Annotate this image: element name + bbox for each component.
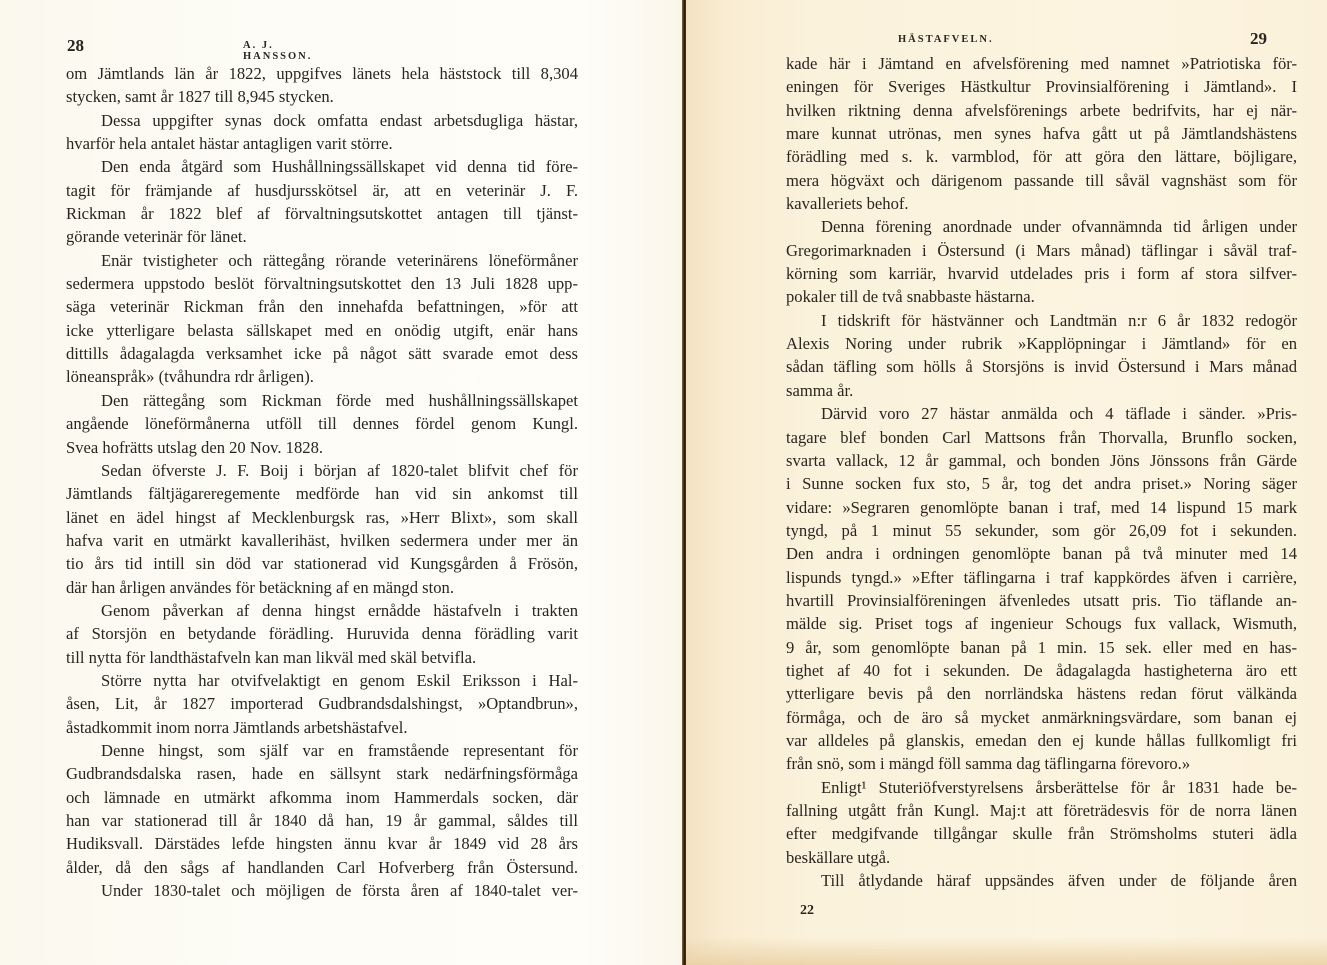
text-line: Den enda åtgärd som Hushållningssällskap… xyxy=(66,155,578,178)
text-line: Enligt¹ Stuteriöfverstyrelsens årsberätt… xyxy=(786,776,1297,799)
text-line: angående löneförmånerna utföll till denn… xyxy=(66,412,578,435)
text-line: icke ytterligare belasta sällskapet med … xyxy=(66,319,578,342)
text-line: från snö, som i mängd föll samma dag täf… xyxy=(786,752,1297,775)
text-line: af Storsjön en betydande förädling. Huru… xyxy=(66,622,578,645)
text-line: sedermera uppstodo beslöt förvaltningsut… xyxy=(66,272,578,295)
text-line: tyngd, på 1 minut 55 sekunder, som gör 2… xyxy=(786,519,1297,542)
text-line: var alldeles på glanskis, emedan den ej … xyxy=(786,729,1297,752)
text-line: tighet af 40 fot i sekunden. De ådagalag… xyxy=(786,659,1297,682)
text-line: ålder, då den sågs af handlanden Carl Ho… xyxy=(66,856,578,879)
text-line: görande veterinär för länet. xyxy=(66,225,578,248)
text-line: länet en ädel hingst af Mecklenburgsk ra… xyxy=(66,506,578,529)
text-line: Dessa uppgifter synas dock omfatta endas… xyxy=(66,109,578,132)
right-page-number: 29 xyxy=(1250,29,1267,49)
text-line: Jämtlands fältjägareregemente medförde h… xyxy=(66,482,578,505)
text-line: mare kunnat utrönas, men synes hafva gåt… xyxy=(786,122,1297,145)
text-line: Genom påverkan af denna hingst ernådde h… xyxy=(66,599,578,622)
text-line: Den andra i ordningen genomlöpte banan p… xyxy=(786,542,1297,565)
text-line: löneanspråk» (tvåhundra rdr årligen). xyxy=(66,365,578,388)
text-line: Den rättegång som Rickman förde med hush… xyxy=(66,389,578,412)
text-line: fallning utgått från Kungl. Maj:t att fö… xyxy=(786,799,1297,822)
text-line: Alexis Noring under rubrik »Kapplöpninga… xyxy=(786,332,1297,355)
right-page: HÄSTAFVELN. 29 kade här i Jämtand en afv… xyxy=(686,0,1327,965)
text-line: mälde sig. Priset togs af ingenieur Scho… xyxy=(786,612,1297,635)
book-spread: 28 A. J. HANSSON. om Jämtlands län år 18… xyxy=(0,0,1327,965)
text-line: tagare blef bonden Carl Mattsons från Th… xyxy=(786,426,1297,449)
text-line: Denne hingst, som själf var en framståen… xyxy=(66,739,578,762)
text-line: ytterligare bevis på den norrländska häs… xyxy=(786,682,1297,705)
text-line: Gregorimarknaden i Östersund (i Mars mån… xyxy=(786,239,1297,262)
text-line: Under 1830-talet och möjligen de första … xyxy=(66,879,578,902)
text-line: pokaler till de två snabbaste hästarna. xyxy=(786,285,1297,308)
text-line: körning som karriär, hvarvid utdelades p… xyxy=(786,262,1297,285)
text-line: där han årligen användes för betäckning … xyxy=(66,576,578,599)
text-line: och lämnade en utmärkt afkomma inom Hamm… xyxy=(66,786,578,809)
text-line: Därvid voro 27 hästar anmälda och 4 täfl… xyxy=(786,402,1297,425)
text-line: Till åtlydande häraf uppsändes äfven und… xyxy=(786,869,1297,892)
text-line: stycken, samt år 1827 till 8,945 stycken… xyxy=(66,85,578,108)
text-line: 9 år, som genomlöpte banan på 1 min. 15 … xyxy=(786,636,1297,659)
text-line: han var stationerad till år 1840 då han,… xyxy=(66,809,578,832)
text-line: om Jämtlands län år 1822, uppgifves läne… xyxy=(66,62,578,85)
text-line: åstadkommit inom norra Jämtlands arbetsh… xyxy=(66,716,578,739)
left-running-head: A. J. HANSSON. xyxy=(243,40,312,62)
text-line: sådan täfling som hölls å Storsjöns is i… xyxy=(786,355,1297,378)
text-line: kade här i Jämtand en afvelsförening med… xyxy=(786,52,1297,75)
text-line: Rickman år 1822 blef af förvaltningsutsk… xyxy=(66,202,578,225)
text-line: Enär tvistigheter och rättegång rörande … xyxy=(66,249,578,272)
right-page-body: kade här i Jämtand en afvelsförening med… xyxy=(786,52,1297,892)
text-line: tagit för främjande af husdjursskötsel ä… xyxy=(66,179,578,202)
text-line: efter medgifvande tillgångar skulle från… xyxy=(786,822,1297,845)
text-line: säga veterinär Rickman från den innehafd… xyxy=(66,295,578,318)
right-running-head: HÄSTAFVELN. xyxy=(898,34,994,45)
text-line: I tidskrift för hästvänner och Landtmän … xyxy=(786,309,1297,332)
text-line: till nytta för landthästafveln kan man l… xyxy=(66,646,578,669)
text-line: Gudbrandsdalska rasen, hade en sällsynt … xyxy=(66,762,578,785)
text-line: mera högväxt och därigenom passande till… xyxy=(786,169,1297,192)
text-line: dittills ådagalagda verksamhet icke på n… xyxy=(66,342,578,365)
text-line: Hudiksvall. Därstädes lefde hingsten änn… xyxy=(66,832,578,855)
text-line: samma år. xyxy=(786,379,1297,402)
left-page-body: om Jämtlands län år 1822, uppgifves läne… xyxy=(66,62,578,902)
text-line: beskällare utgå. xyxy=(786,846,1297,869)
text-line: kavalleriets behof. xyxy=(786,192,1297,215)
text-line: hvarför hela antalet hästar antagligen v… xyxy=(66,132,578,155)
text-line: Sedan öfverste J. F. Boij i början af 18… xyxy=(66,459,578,482)
text-line: åsen, Lit, år 1827 importerad Gudbrandsd… xyxy=(66,692,578,715)
left-page-number: 28 xyxy=(67,36,84,56)
text-line: förmåga, och de äro så mycket anmärkning… xyxy=(786,706,1297,729)
text-line: Denna förening anordnade under ofvannämn… xyxy=(786,215,1297,238)
text-line: eningen för Sveriges Hästkultur Provinsi… xyxy=(786,75,1297,98)
signature-mark: 22 xyxy=(800,903,814,919)
text-line: hvilken riktning denna afvelsförenings a… xyxy=(786,99,1297,122)
text-line: i Sunne socken fux sto, 5 år, tog det an… xyxy=(786,472,1297,495)
text-line: Svea hofrätts utslag den 20 Nov. 1828. xyxy=(66,436,578,459)
text-line: tio års tid intill sin död var stationer… xyxy=(66,552,578,575)
left-page: 28 A. J. HANSSON. om Jämtlands län år 18… xyxy=(0,0,683,965)
text-line: vidare: »Segraren genomlöpte banan i tra… xyxy=(786,496,1297,519)
text-line: förädling med s. k. varmblod, för att gö… xyxy=(786,145,1297,168)
text-line: Större nytta har otvifvelaktigt en genom… xyxy=(66,669,578,692)
text-line: svarta vallack, 12 år gammal, och bonden… xyxy=(786,449,1297,472)
text-line: hafva varit en utmärkt kavallerihäst, hv… xyxy=(66,529,578,552)
text-line: hvartill Provinsialföreningen äfvenledes… xyxy=(786,589,1297,612)
text-line: lispunds tyngd.» »Efter täflingarna i tr… xyxy=(786,566,1297,589)
